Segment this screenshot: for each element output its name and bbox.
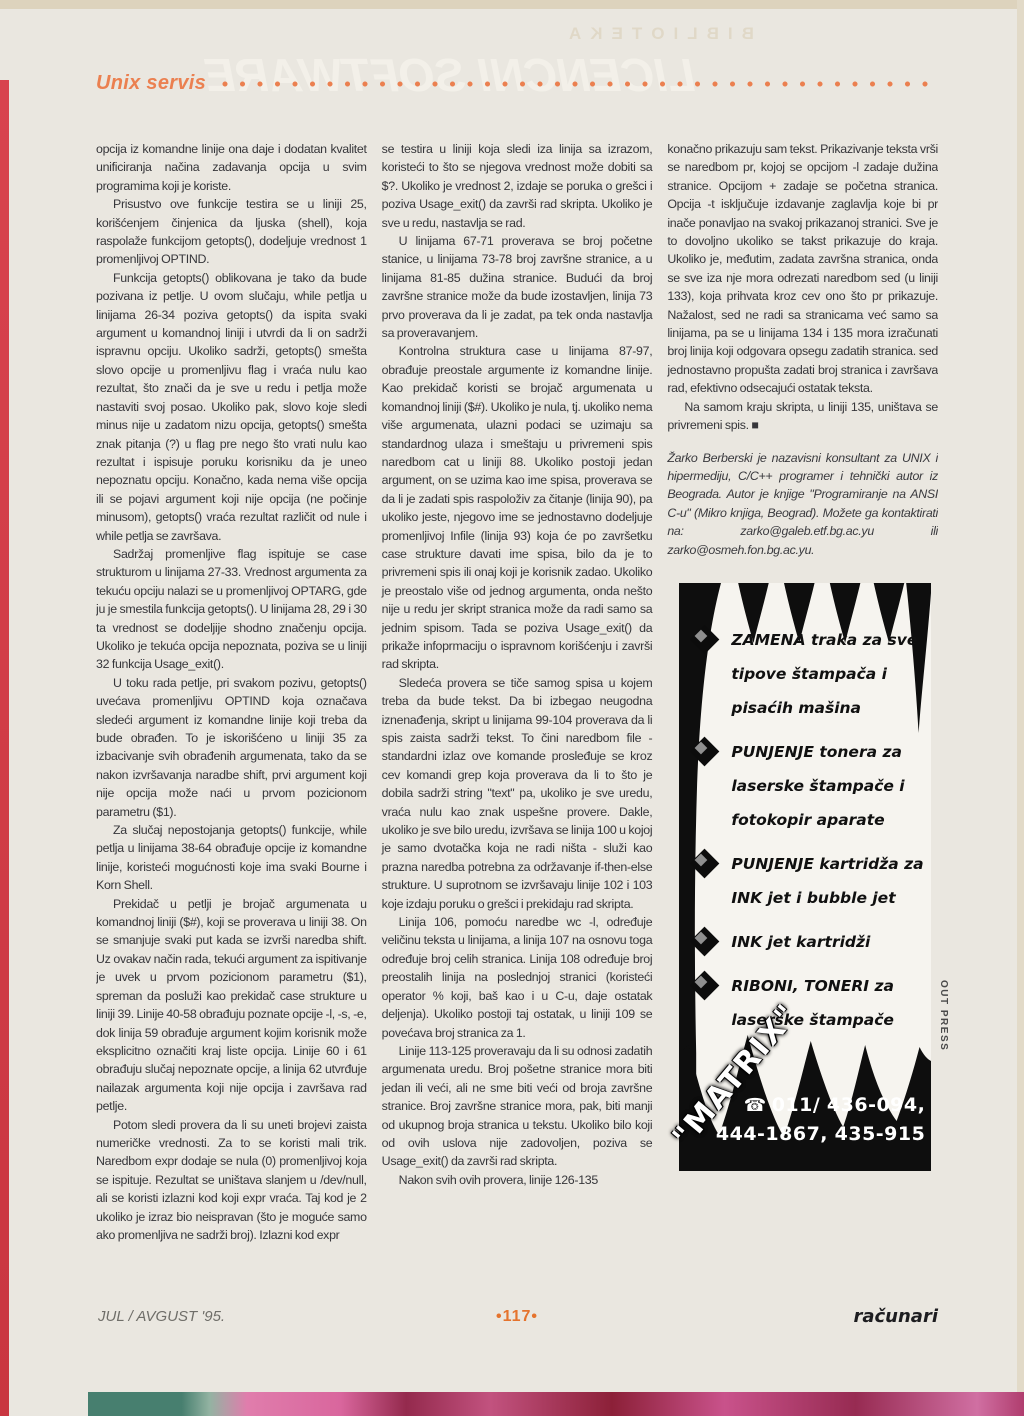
ad-phone-text: 011/ 436-094, [772,1094,926,1116]
article-column-2: se testira u liniji koja sledi iza linij… [382,140,653,1316]
dotted-leader [222,80,938,88]
ad-item-text: RIBONI, TONERI za laserske štampače [731,977,894,1029]
ad-phone-numbers: ☎011/ 436-094, 444-1867, 435-915 [716,1091,925,1149]
page-edge-bottom-strip [88,1392,1024,1416]
ad-item-text: INK jet kartridži [731,933,870,951]
paragraph: Potom sledi provera da li su uneti broje… [96,1116,367,1245]
telephone-icon: ☎ [744,1095,767,1116]
paragraph: Za slučaj nepostojanja getopts() funkcij… [96,821,367,895]
paragraph: Sadržaj promenljive flag ispituje se cas… [96,545,367,674]
paragraph: Linije 113-125 proveravaju da li su odno… [382,1042,653,1171]
ad-item: PUNJENJE kartridža za INK jet i bubble j… [731,847,927,915]
paragraph: Kontrolna struktura case u linijama 87-9… [382,342,653,673]
page-edge-right [1017,0,1024,1416]
showthrough-text-biblioteka: BIBLIOTEKA [560,24,754,44]
page-edge-top [0,0,1024,9]
paragraph: konačno prikazuju sam tekst. Prikazivanj… [667,140,938,398]
paragraph: Prisustvo ove funkcije testira se u lini… [96,195,367,269]
ad-phone-line: ☎011/ 436-094, [716,1091,925,1120]
article-column-1: opcija iz komandne linije ona daje i dod… [96,140,367,1316]
paragraph: U toku rada petlje, pri svakom pozivu, g… [96,674,367,821]
page-header: Unix servis [96,72,938,95]
ad-item: INK jet kartridži [731,925,927,959]
article-column-3: konačno prikazuju sam tekst. Prikazivanj… [667,140,938,1316]
paragraph: Sledeća provera se tiče samog spisa u ko… [382,674,653,913]
page-footer: JUL / AVGUST '95. •117• računari [96,1306,938,1330]
paragraph: Funkcija getopts() oblikovana je tako da… [96,269,367,545]
author-bio: Žarko Berberski je nazavisni konsultant … [667,449,938,559]
out-press-label: OUT PRESS [938,980,949,1051]
paragraph: Nakon svih ovih provera, linije 126-135 [382,1171,653,1189]
footer-page-number: •117• [96,1308,938,1326]
article-body: opcija iz komandne linije ona daje i dod… [96,140,938,1316]
ad-item-text: PUNJENJE tonera za laserske štampače i f… [731,743,904,829]
paragraph: U linijama 67-71 proverava se broj počet… [382,232,653,342]
paragraph: Na samom kraju skripta, u liniji 135, un… [667,398,938,435]
paragraph: opcija iz komandne linije ona daje i dod… [96,140,367,195]
page-edge-left-red-strip [0,80,9,1416]
ad-item: ZAMENA traka za sve tipove štampača i pi… [731,623,927,725]
ad-item: PUNJENJE tonera za laserske štampače i f… [731,735,927,837]
paragraph: se testira u liniji koja sledi iza linij… [382,140,653,232]
section-title: Unix servis [96,72,206,95]
ad-item-text: ZAMENA traka za sve tipove štampača i pi… [731,631,917,717]
magazine-page: BIBLIOTEKA LICENCNI SOFTWARE Unix servis… [0,0,1024,1416]
paragraph: Linija 106, pomoću naredbe wc -l, određu… [382,913,653,1042]
paragraph: Prekidač u petlji je brojač argumenata u… [96,895,367,1116]
footer-magazine-name: računari [853,1306,938,1327]
ad-phone-line: 444-1867, 435-915 [716,1120,925,1149]
ad-item-list: ZAMENA traka za sve tipove štampača i pi… [731,623,927,1047]
matrix-ad: ZAMENA traka za sve tipove štampača i pi… [679,583,931,1171]
ad-item-text: PUNJENJE kartridža za INK jet i bubble j… [731,855,923,907]
